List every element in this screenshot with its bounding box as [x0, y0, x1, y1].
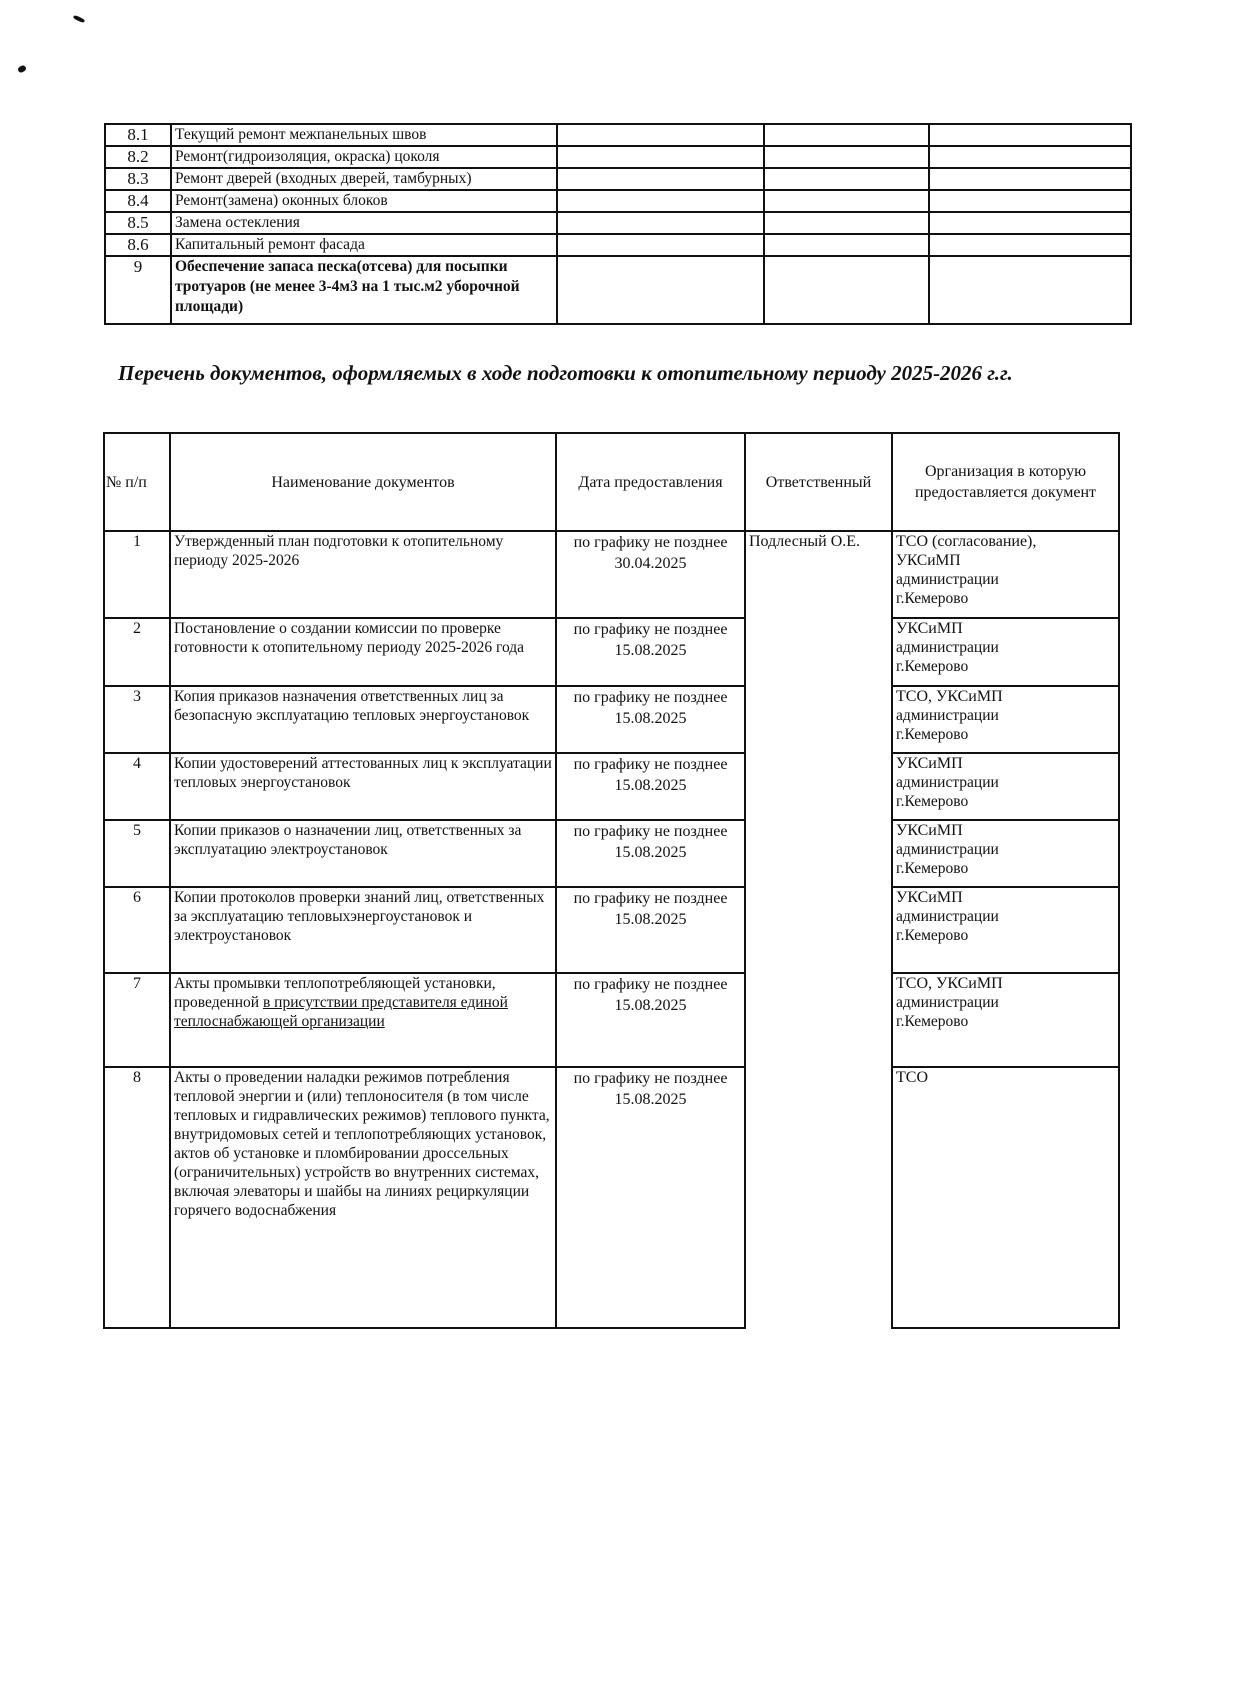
page-heading: Перечень документов, оформляемых в ходе …: [118, 361, 1128, 386]
organization-line: администрации: [896, 773, 1115, 792]
organization-line: УКСиМП: [896, 619, 1115, 638]
date-value: 15.08.2025: [560, 995, 741, 1016]
empty-cell: [557, 146, 764, 168]
row-number: 8.5: [105, 212, 171, 234]
receiving-organization: ТСО, УКСиМПадминистрацииг.Кемерово: [892, 973, 1119, 1067]
document-name: Копии протоколов проверки знаний лиц, от…: [170, 887, 556, 973]
work-description: Ремонт(гидроизоляция, окраска) цоколя: [171, 146, 557, 168]
organization-line: администрации: [896, 993, 1115, 1012]
row-number: 8.1: [105, 124, 171, 146]
row-number: 2: [104, 618, 170, 686]
empty-cell: [557, 234, 764, 256]
document-row: 7Акты промывки теплопотребляющей установ…: [104, 973, 1119, 1067]
date-condition: по графику не позднее: [560, 1068, 741, 1089]
date-condition: по графику не позднее: [560, 754, 741, 775]
date-condition: по графику не позднее: [560, 821, 741, 842]
organization-line: г.Кемерово: [896, 859, 1115, 878]
organization-line: ТСО, УКСиМП: [896, 687, 1115, 706]
receiving-organization: ТСО (согласование),УКСиМПадминистрацииг.…: [892, 531, 1119, 618]
empty-cell: [929, 212, 1131, 234]
organization-line: администрации: [896, 840, 1115, 859]
header-organization: Организация в которую предоставляется до…: [892, 433, 1119, 531]
row-number: 8.3: [105, 168, 171, 190]
empty-cell: [929, 146, 1131, 168]
empty-cell: [929, 256, 1131, 324]
works-row: 8.1Текущий ремонт межпанельных швов: [105, 124, 1131, 146]
empty-cell: [929, 168, 1131, 190]
works-row: 8.2Ремонт(гидроизоляция, окраска) цоколя: [105, 146, 1131, 168]
header-name: Наименование документов: [170, 433, 556, 531]
date-condition: по графику не позднее: [560, 532, 741, 553]
organization-line: г.Кемерово: [896, 926, 1115, 945]
document-name: Акты о проведении наладки режимов потреб…: [170, 1067, 556, 1328]
empty-cell: [764, 256, 929, 324]
organization-line: УКСиМП: [896, 754, 1115, 773]
header-num: № п/п: [104, 433, 170, 531]
empty-cell: [929, 124, 1131, 146]
empty-cell: [557, 190, 764, 212]
work-description: Замена остекления: [171, 212, 557, 234]
row-number: 5: [104, 820, 170, 887]
submission-date: по графику не позднее15.08.2025: [556, 1067, 745, 1328]
date-value: 30.04.2025: [560, 553, 741, 574]
date-value: 15.08.2025: [560, 775, 741, 796]
document-row: 4Копии удостоверений аттестованных лиц к…: [104, 753, 1119, 820]
empty-cell: [557, 212, 764, 234]
date-value: 15.08.2025: [560, 1089, 741, 1110]
document-name: Акты промывки теплопотребляющей установк…: [170, 973, 556, 1067]
document-name: Утвержденный план подготовки к отопитель…: [170, 531, 556, 618]
document-row: 8Акты о проведении наладки режимов потре…: [104, 1067, 1119, 1328]
document-name: Постановление о создании комиссии по про…: [170, 618, 556, 686]
document-row: 6Копии протоколов проверки знаний лиц, о…: [104, 887, 1119, 973]
document-row: 5Копии приказов о назначении лиц, ответс…: [104, 820, 1119, 887]
work-description: Ремонт дверей (входных дверей, тамбурных…: [171, 168, 557, 190]
date-value: 15.08.2025: [560, 640, 741, 661]
organization-line: ТСО, УКСиМП: [896, 974, 1115, 993]
document-row: 2Постановление о создании комиссии по пр…: [104, 618, 1119, 686]
row-number: 8.4: [105, 190, 171, 212]
responsible-person: Подлесный О.Е.: [745, 531, 892, 1328]
works-row: 8.6Капитальный ремонт фасада: [105, 234, 1131, 256]
receiving-organization: ТСО, УКСиМПадминистрацииг.Кемерово: [892, 686, 1119, 753]
work-description: Капитальный ремонт фасада: [171, 234, 557, 256]
row-number: 1: [104, 531, 170, 618]
organization-line: г.Кемерово: [896, 792, 1115, 811]
work-description: Текущий ремонт межпанельных швов: [171, 124, 557, 146]
submission-date: по графику не позднее15.08.2025: [556, 820, 745, 887]
works-row: 8.3Ремонт дверей (входных дверей, тамбур…: [105, 168, 1131, 190]
date-condition: по графику не позднее: [560, 974, 741, 995]
date-condition: по графику не позднее: [560, 888, 741, 909]
header-responsible: Ответственный: [745, 433, 892, 531]
organization-line: УКСиМП: [896, 551, 1115, 570]
date-value: 15.08.2025: [560, 842, 741, 863]
receiving-organization: УКСиМПадминистрацииг.Кемерово: [892, 753, 1119, 820]
organization-line: ТСО: [896, 1068, 1115, 1087]
works-row: 8.4Ремонт(замена) оконных блоков: [105, 190, 1131, 212]
empty-cell: [764, 146, 929, 168]
row-number: 8: [104, 1067, 170, 1328]
organization-line: УКСиМП: [896, 821, 1115, 840]
receiving-organization: УКСиМПадминистрацииг.Кемерово: [892, 618, 1119, 686]
documents-table: № п/п Наименование документов Дата предо…: [103, 432, 1120, 1329]
empty-cell: [764, 234, 929, 256]
document-name: Копии приказов о назначении лиц, ответст…: [170, 820, 556, 887]
works-row: 9Обеспечение запаса песка(отсева) для по…: [105, 256, 1131, 324]
work-description: Обеспечение запаса песка(отсева) для пос…: [171, 256, 557, 324]
scan-speck: [73, 15, 86, 24]
empty-cell: [764, 168, 929, 190]
submission-date: по графику не позднее15.08.2025: [556, 618, 745, 686]
row-number: 8.2: [105, 146, 171, 168]
header-date: Дата предоставления: [556, 433, 745, 531]
date-value: 15.08.2025: [560, 708, 741, 729]
receiving-organization: УКСиМПадминистрацииг.Кемерово: [892, 887, 1119, 973]
date-condition: по графику не позднее: [560, 687, 741, 708]
header-row: № п/п Наименование документов Дата предо…: [104, 433, 1119, 531]
empty-cell: [557, 124, 764, 146]
organization-line: г.Кемерово: [896, 657, 1115, 676]
submission-date: по графику не позднее15.08.2025: [556, 753, 745, 820]
submission-date: по графику не позднее15.08.2025: [556, 973, 745, 1067]
works-table: 8.1Текущий ремонт межпанельных швов8.2Ре…: [104, 123, 1132, 325]
document-name: Копии удостоверений аттестованных лиц к …: [170, 753, 556, 820]
empty-cell: [557, 256, 764, 324]
organization-line: г.Кемерово: [896, 725, 1115, 744]
row-number: 6: [104, 887, 170, 973]
empty-cell: [557, 168, 764, 190]
empty-cell: [929, 234, 1131, 256]
row-number: 8.6: [105, 234, 171, 256]
row-number: 9: [105, 256, 171, 324]
empty-cell: [764, 124, 929, 146]
organization-line: администрации: [896, 638, 1115, 657]
organization-line: администрации: [896, 706, 1115, 725]
organization-line: УКСиМП: [896, 888, 1115, 907]
document-name: Копия приказов назначения ответственных …: [170, 686, 556, 753]
organization-line: администрации: [896, 907, 1115, 926]
date-condition: по графику не позднее: [560, 619, 741, 640]
empty-cell: [764, 190, 929, 212]
organization-line: г.Кемерово: [896, 1012, 1115, 1031]
empty-cell: [764, 212, 929, 234]
row-number: 3: [104, 686, 170, 753]
submission-date: по графику не позднее15.08.2025: [556, 887, 745, 973]
receiving-organization: УКСиМПадминистрацииг.Кемерово: [892, 820, 1119, 887]
organization-line: г.Кемерово: [896, 589, 1115, 608]
document-row: 1Утвержденный план подготовки к отопител…: [104, 531, 1119, 618]
scan-speck: [17, 64, 27, 73]
organization-line: ТСО (согласование),: [896, 532, 1115, 551]
works-row: 8.5Замена остекления: [105, 212, 1131, 234]
receiving-organization: ТСО: [892, 1067, 1119, 1328]
submission-date: по графику не позднее15.08.2025: [556, 686, 745, 753]
organization-line: администрации: [896, 570, 1115, 589]
row-number: 4: [104, 753, 170, 820]
date-value: 15.08.2025: [560, 909, 741, 930]
work-description: Ремонт(замена) оконных блоков: [171, 190, 557, 212]
document-row: 3Копия приказов назначения ответственных…: [104, 686, 1119, 753]
row-number: 7: [104, 973, 170, 1067]
submission-date: по графику не позднее30.04.2025: [556, 531, 745, 618]
empty-cell: [929, 190, 1131, 212]
